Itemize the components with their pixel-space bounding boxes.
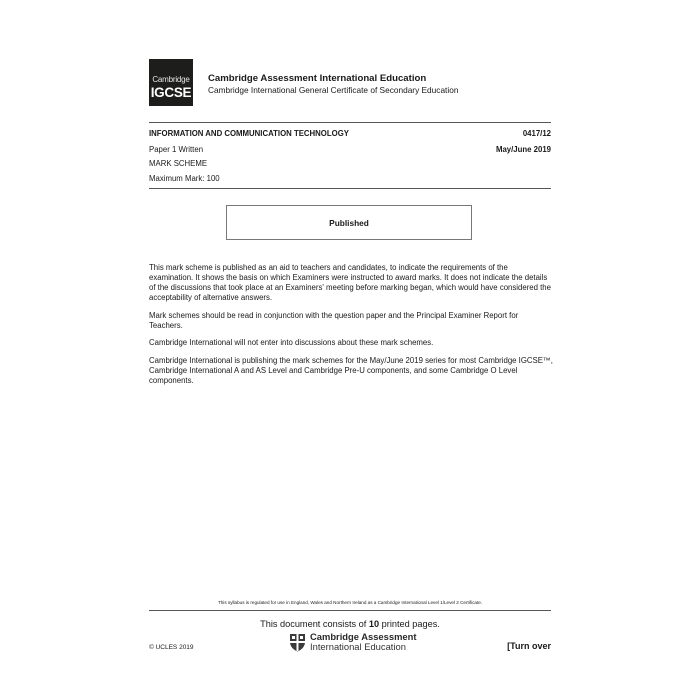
syllabus-code: 0417/12 — [523, 129, 551, 138]
paragraph-discussions: Cambridge International will not enter i… — [149, 338, 553, 348]
max-mark: Maximum Mark: 100 — [149, 174, 220, 183]
footer-rule — [149, 610, 551, 611]
org-name: Cambridge Assessment International Educa… — [208, 73, 426, 84]
turn-over: [Turn over — [507, 641, 551, 651]
document-type: MARK SCHEME — [149, 159, 207, 168]
subject-title: INFORMATION AND COMMUNICATION TECHNOLOGY — [149, 129, 349, 138]
paper-label: Paper 1 Written — [149, 145, 203, 154]
exam-session: May/June 2019 — [496, 145, 551, 154]
logo-line2: IGCSE — [149, 85, 193, 100]
page-count-note: This document consists of 10 printed pag… — [149, 619, 551, 629]
page-count: 10 — [369, 619, 379, 629]
cambridge-assessment-logo: Cambridge Assessment International Educa… — [289, 632, 416, 652]
org-subtitle: Cambridge International General Certific… — [208, 85, 458, 95]
paragraph-intro: This mark scheme is published as an aid … — [149, 263, 553, 303]
shield-icon — [289, 633, 306, 652]
cae-line2: International Education — [310, 642, 416, 652]
cambridge-igcse-logo: Cambridge IGCSE — [149, 59, 193, 106]
top-rule — [149, 122, 551, 123]
logo-line1: Cambridge — [149, 75, 193, 84]
paragraph-conjunction: Mark schemes should be read in conjuncti… — [149, 311, 553, 331]
published-box: Published — [226, 205, 472, 240]
syllabus-note: This syllabus is regulated for use in En… — [149, 600, 551, 605]
copyright: © UCLES 2019 — [149, 644, 194, 651]
published-label: Published — [329, 218, 369, 228]
bottom-rule — [149, 188, 551, 189]
paragraph-publishing: Cambridge International is publishing th… — [149, 356, 553, 386]
